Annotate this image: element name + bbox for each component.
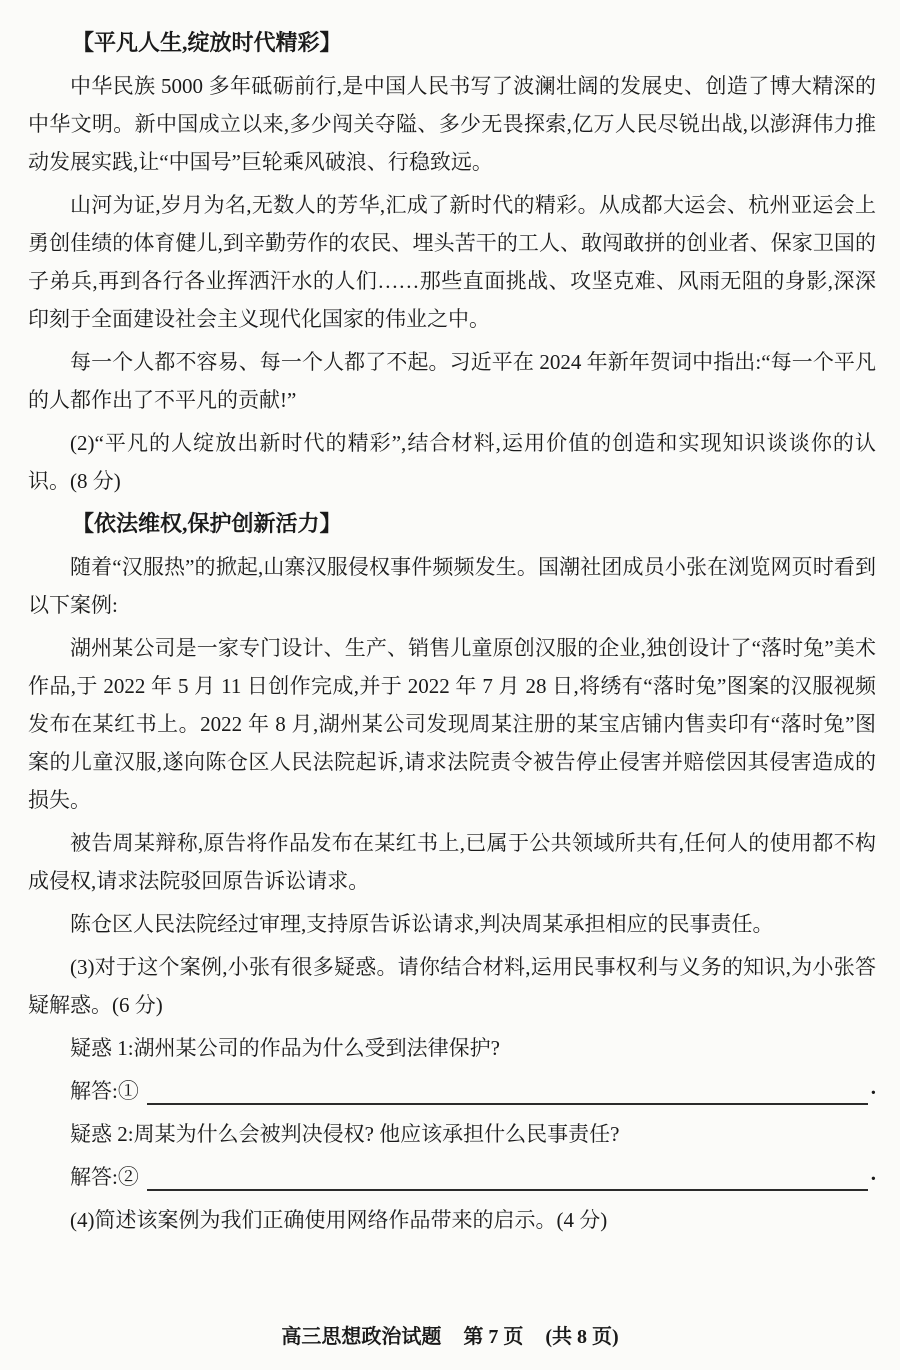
footer-page-number: 第 7 页 xyxy=(463,1326,523,1348)
section2-paragraph-3: 被告周某辩称,原告将作品发布在某红书上,已属于公共领域所共有,任何人的使用都不构… xyxy=(28,824,876,900)
page-footer: 高三思想政治试题第 7 页(共 8 页) xyxy=(0,1318,900,1356)
footer-exam-title: 高三思想政治试题 xyxy=(281,1326,441,1348)
answer-row-1: 解答:① . xyxy=(28,1072,876,1110)
section2-paragraph-1: 随着“汉服热”的掀起,山寨汉服侵权事件频频发生。国潮社团成员小张在浏览网页时看到… xyxy=(28,548,876,624)
answer-1-blank-line xyxy=(147,1073,868,1105)
exam-paper-page: 【平凡人生,绽放时代精彩】 中华民族 5000 多年砥砺前行,是中国人民书写了波… xyxy=(0,0,900,1370)
section2-paragraph-4: 陈仓区人民法院经过审理,支持原告诉讼请求,判决周某承担相应的民事责任。 xyxy=(28,905,876,943)
answer-1-label: 解答:① xyxy=(70,1072,139,1110)
question-4: (4)简述该案例为我们正确使用网络作品带来的启示。(4 分) xyxy=(28,1201,876,1239)
section1-paragraph-1: 中华民族 5000 多年砥砺前行,是中国人民书写了波澜壮阔的发展史、创造了博大精… xyxy=(28,67,876,181)
section1-heading: 【平凡人生,绽放时代精彩】 xyxy=(28,24,876,62)
answer-1-end-mark: . xyxy=(871,1072,876,1102)
section2-paragraph-2: 湖州某公司是一家专门设计、生产、销售儿童原创汉服的企业,独创设计了“落时兔”美术… xyxy=(28,629,876,819)
section1-paragraph-3: 每一个人都不容易、每一个人都了不起。习近平在 2024 年新年贺词中指出:“每一… xyxy=(28,343,876,419)
answer-2-end-mark: . xyxy=(871,1158,876,1188)
question-2: (2)“平凡的人绽放出新时代的精彩”,结合材料,运用价值的创造和实现知识谈谈你的… xyxy=(28,424,876,500)
footer-total-pages: (共 8 页) xyxy=(545,1326,618,1348)
section1-paragraph-2: 山河为证,岁月为名,无数人的芳华,汇成了新时代的精彩。从成都大运会、杭州亚运会上… xyxy=(28,186,876,338)
answer-2-label: 解答:② xyxy=(70,1158,139,1196)
doubt-1-text: 疑惑 1:湖州某公司的作品为什么受到法律保护? xyxy=(28,1029,876,1067)
section2-heading: 【依法维权,保护创新活力】 xyxy=(28,505,876,543)
doubt-2-text: 疑惑 2:周某为什么会被判决侵权? 他应该承担什么民事责任? xyxy=(28,1115,876,1153)
answer-2-blank-line xyxy=(147,1159,868,1191)
answer-row-2: 解答:② . xyxy=(28,1158,876,1196)
question-3: (3)对于这个案例,小张有很多疑惑。请你结合材料,运用民事权利与义务的知识,为小… xyxy=(28,948,876,1024)
